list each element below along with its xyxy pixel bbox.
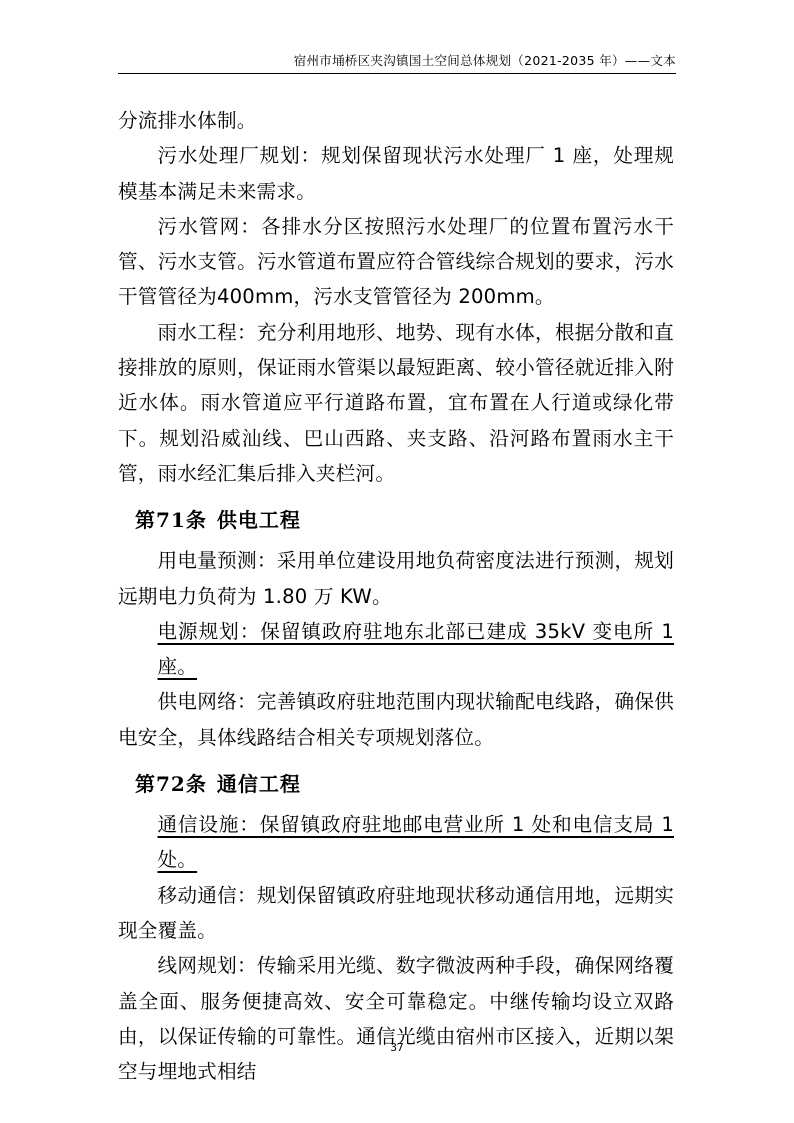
article-heading-power: 第71条供电工程 — [135, 502, 674, 538]
paragraph-telecom-facilities: 通信设施：保留镇政府驻地邮电营业所 1 处和电信支局 1 处。 — [118, 807, 674, 878]
page-number: 37 — [0, 1041, 794, 1054]
document-title: 宿州市埇桥区夹沟镇国土空间总体规划（2021-2035 年）——文本 — [294, 53, 676, 68]
paragraph-sewage-plant: 污水处理厂规划：规划保留现状污水处理厂 1 座，处理规模基本满足未来需求。 — [118, 138, 674, 209]
paragraph-rainwater: 雨水工程：充分利用地形、地势、现有水体，根据分散和直接排放的原则，保证雨水管渠以… — [118, 315, 674, 491]
paragraph-drainage-system: 分流排水体制。 — [118, 103, 674, 138]
article-title: 通信工程 — [217, 772, 301, 796]
paragraph-mobile-comm: 移动通信：规划保留镇政府驻地现状移动通信用地，远期实现全覆盖。 — [118, 878, 674, 949]
document-body: 分流排水体制。 污水处理厂规划：规划保留现状污水处理厂 1 座，处理规模基本满足… — [118, 103, 674, 1089]
article-heading-telecom: 第72条通信工程 — [135, 766, 674, 802]
underlined-text: 电源规划：保留镇政府驻地东北部已建成 35kV 变电所 1 座。 — [158, 620, 675, 678]
article-title: 供电工程 — [217, 508, 301, 532]
paragraph-power-forecast: 用电量预测：采用单位建设用地负荷密度法进行预测，规划远期电力负荷为 1.80 万… — [118, 543, 674, 614]
article-number: 第72条 — [135, 772, 207, 796]
underlined-text: 通信设施：保留镇政府驻地邮电营业所 1 处和电信支局 1 处。 — [158, 813, 675, 871]
page-header: 宿州市埇桥区夹沟镇国土空间总体规划（2021-2035 年）——文本 — [118, 52, 676, 74]
paragraph-power-source: 电源规划：保留镇政府驻地东北部已建成 35kV 变电所 1 座。 — [118, 614, 674, 685]
paragraph-network-planning: 线网规划：传输采用光缆、数字微波两种手段，确保网络覆盖全面、服务便捷高效、安全可… — [118, 948, 674, 1089]
paragraph-power-network: 供电网络：完善镇政府驻地范围内现状输配电线路，确保供电安全，具体线路结合相关专项… — [118, 684, 674, 755]
article-number: 第71条 — [135, 508, 207, 532]
paragraph-sewage-network: 污水管网：各排水分区按照污水处理厂的位置布置污水干管、污水支管。污水管道布置应符… — [118, 209, 674, 315]
